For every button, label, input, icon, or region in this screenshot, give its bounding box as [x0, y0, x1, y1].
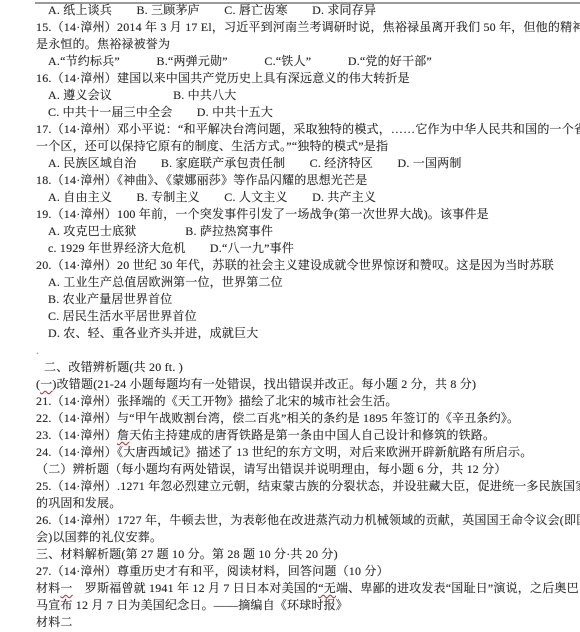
section-2-header: 二、改错辨析题(共 20 ft. ) [36, 359, 580, 376]
text-segment: A. 遵义会议 B. 中共八大 [48, 88, 236, 102]
question-19-stem: 19.（14·漳州）100 年前，一个突发事件引发了一场战争(第一次世界大战)。… [36, 206, 580, 223]
text-segment: 的巩固和发展。 [36, 496, 121, 510]
text-segment: 是永恒的。焦裕禄被誉为 [36, 37, 170, 51]
question-15-stem: 15.（14·漳州）2014 年 3 月 17 El，习近平到河南兰考调研时说，… [36, 19, 580, 36]
text-segment: 20.（14·漳州）20 世纪 30 年代，苏联的社会主义建设成就令世界惊讶和赞… [36, 258, 554, 272]
text-segment: 罗斯福曾就 1941 年 12 月 7 日日本对美国的 [73, 581, 319, 595]
text-segment: 材料 [36, 581, 60, 595]
question-20-stem: 20.（14·漳州）20 世纪 30 年代，苏联的社会主义建设成就令世界惊讶和赞… [36, 257, 580, 274]
material-2: 材料二 [36, 614, 580, 631]
question-17-options: A. 民族区域自治 B. 家庭联产承包责任制 C. 经济特区 D. 一国两制 [36, 155, 580, 172]
question-20-option-d: D. 农、轻、重各业齐头并进，成就巨大 [36, 325, 580, 342]
text-segment: )改错题(21-24 小题每题均有一处错误，找出错误并改正。每小题 2 分，共 … [52, 377, 476, 391]
stray-dot: . [36, 343, 39, 357]
question-14-options: A. 纸上谈兵 B. 三顾茅庐 C. 唇亡齿寒 D. 求同存异 [36, 2, 580, 19]
text-segment: 19.（14·漳州）100 年前，一个突发事件引发了一场战争(第一次世界大战)。… [36, 207, 489, 221]
text-segment: 天佑主持建成的唐胥铁路是第一条由中国人自己设计和修筑的铁路。 [129, 428, 495, 442]
question-19-options-ab: A. 攻克巴士底狱 B. 萨拉热窝事件 [36, 223, 580, 240]
question-16-options-cd: C. 中共十一届三中全会 D. 中共十五大 [36, 104, 580, 121]
question-20-option-a: A. 工业生产总值居欧洲第一位，世界第二位 [36, 274, 580, 291]
question-19-options-cd: c. 1929 年世界经济大危机 D.“八一九”事件 [36, 240, 580, 257]
text-segment: 二、改错辨析题(共 20 ft. ) [44, 360, 183, 374]
question-15-options: A.“节约标兵” B.“两弹元勋” C.“铁人” D.“党的好干部” [36, 53, 580, 70]
text-segment: D. 农、轻、重各业齐头并进，成就巨大 [48, 326, 258, 340]
subsection-1-header: (一)改错题(21-24 小题每题均有一处错误，找出错误并改正。每小题 2 分，… [36, 376, 580, 393]
text-segment: C. 居民生活水平居世界首位 [48, 309, 197, 323]
text-segment: A. 民族区域自治 B. 家庭联产承包责任制 C. 经济特区 D. 一国两制 [48, 156, 462, 170]
text-segment: A. 工业生产总值居欧洲第一位，世界第二位 [48, 275, 283, 289]
text-segment: A. 自由主义 B. 专制主义 C. 人文主义 D. 共产主义 [48, 190, 376, 204]
text-segment: C. 中共十一届三中全会 D. 中共十五大 [48, 105, 273, 119]
question-25-cont: 的巩固和发展。 [36, 495, 580, 512]
text-segment: 15.（14·漳州）2014 年 3 月 17 El，习近平到河南兰考调研时说，… [36, 20, 580, 34]
text-segment: A. 纸上谈兵 B. 三顾茅庐 C. 唇亡齿寒 D. 求同存异 [48, 3, 376, 17]
text-segment: 25.（14·漳州）.1271 年忽必烈建立元朝，结束蒙古族的分裂状态，并设驻藏… [36, 479, 580, 493]
text-segment: 端、卑鄙的进攻发表“国耻日”演说，之后奥巴 [336, 581, 579, 595]
question-16-stem: 16.（14·漳州）建国以来中国共产党历史上具有深远意义的伟大转折是 [36, 70, 580, 87]
exam-document: A. 纸上谈兵 B. 三顾茅庐 C. 唇亡齿寒 D. 求同存异15.（14·漳州… [0, 2, 580, 631]
text-segment: 17.（14·漳州）邓小平说：“和平解决台湾问题，采取独特的模式，……它作为中华… [36, 122, 580, 136]
material-1-cont: 马宣布 12 月 7 日为美国纪念日。——摘编自《环球时报》 [36, 597, 580, 614]
spellcheck-underline: 一 [60, 581, 72, 595]
question-17-stem-cont: 一个区，还可以保持它原有的制度、生活方式。”“独特的模式”是指 [36, 138, 580, 155]
text-segment: （二）辨析题（每小题均有两处错误，请写出错误并说明理由，每小题 6 分，共 12… [36, 462, 507, 476]
text-segment: 22.（14·漳州）与“甲午战败割台湾，偿二百兆”相关的条约是 1895 年签订… [36, 411, 519, 425]
text-segment: 16.（14·漳州）建国以来中国共产党历史上具有深远意义的伟大转折是 [36, 71, 410, 85]
spellcheck-underline: 詹 [117, 428, 129, 442]
text-segment: 27.（14·漳州）尊重历史才有和平，阅读材料，回答问题（10 分） [36, 564, 389, 578]
question-24: 24.（14·漳州）《大唐西域记》描述了 13 世纪的东方文明，对后来欧洲开辟新… [36, 444, 580, 461]
subsection-2-header: （二）辨析题（每小题均有两处错误，请写出错误并说明理由，每小题 6 分，共 12… [36, 461, 580, 478]
question-25: 25.（14·漳州）.1271 年忽必烈建立元朝，结束蒙古族的分裂状态，并设驻藏… [36, 478, 580, 495]
question-16-options-ab: A. 遵义会议 B. 中共八大 [36, 87, 580, 104]
question-23: 23.（14·漳州）詹天佑主持建成的唐胥铁路是第一条由中国人自己设计和修筑的铁路… [36, 427, 580, 444]
text-segment: 一个区，还可以保持它原有的制度、生活方式。”“独特的模式”是指 [36, 139, 388, 153]
text-segment: A. 攻克巴士底狱 B. 萨拉热窝事件 [48, 224, 273, 238]
text-segment: 马宣布 12 月 7 日为美国纪念日。——摘编自《环球时报》 [36, 598, 348, 612]
spellcheck-underline: “无 [318, 581, 336, 595]
text-segment: 三、材料解析题(第 27 题 10 分。第 28 题 10 分·共 20 分) [36, 547, 338, 561]
question-17-stem: 17.（14·漳州）邓小平说：“和平解决台湾问题，采取独特的模式，……它作为中华… [36, 121, 580, 138]
question-21: 21.（14·漳州）张择端的《天工开物》描绘了北宋的城市社会生活。 [36, 393, 580, 410]
question-20-option-c: C. 居民生活水平居世界首位 [36, 308, 580, 325]
question-27-stem: 27.（14·漳州）尊重历史才有和平，阅读材料，回答问题（10 分） [36, 563, 580, 580]
text-segment: c. 1929 年世界经济大危机 D.“八一九”事件 [48, 241, 294, 255]
text-segment: A.“节约标兵” B.“两弹元勋” C.“铁人” D.“党的好干部” [48, 54, 432, 68]
question-26: 26.（14·漳州）1727 年，牛顿去世，为表彰他在改进蒸汽动力机械领域的贡献… [36, 512, 580, 529]
question-26-cont: 会)以国葬的礼仪安葬。 [36, 529, 580, 546]
text-segment: B. 农业产量居世界首位 [48, 292, 172, 306]
stray-mark: . [36, 342, 580, 359]
text-segment: 会)以国葬的礼仪安葬。 [36, 530, 162, 544]
text-segment: 21.（14·漳州）张择端的《天工开物》描绘了北宋的城市社会生活。 [36, 394, 398, 408]
text-segment: 23.（14·漳州） [36, 428, 117, 442]
question-15-stem-cont: 是永恒的。焦裕禄被誉为 [36, 36, 580, 53]
material-1: 材料一 罗斯福曾就 1941 年 12 月 7 日日本对美国的“无端、卑鄙的进攻… [36, 580, 580, 597]
question-18-options: A. 自由主义 B. 专制主义 C. 人文主义 D. 共产主义 [36, 189, 580, 206]
text-segment: 18.（14·漳州）《神曲》、《蒙娜丽莎》等作品闪耀的思想光芒是 [36, 173, 367, 187]
spellcheck-underline: 一 [40, 377, 52, 391]
text-segment: 24.（14·漳州）《大唐西域记》描述了 13 世纪的东方文明，对后来欧洲开辟新… [36, 445, 532, 459]
question-22: 22.（14·漳州）与“甲午战败割台湾，偿二百兆”相关的条约是 1895 年签订… [36, 410, 580, 427]
question-18-stem: 18.（14·漳州）《神曲》、《蒙娜丽莎》等作品闪耀的思想光芒是 [36, 172, 580, 189]
text-segment: 材料二 [36, 615, 73, 629]
question-20-option-b: B. 农业产量居世界首位 [36, 291, 580, 308]
text-segment: 26.（14·漳州）1727 年，牛顿去世，为表彰他在改进蒸汽动力机械领域的贡献… [36, 513, 580, 527]
section-3-header: 三、材料解析题(第 27 题 10 分。第 28 题 10 分·共 20 分) [36, 546, 580, 563]
